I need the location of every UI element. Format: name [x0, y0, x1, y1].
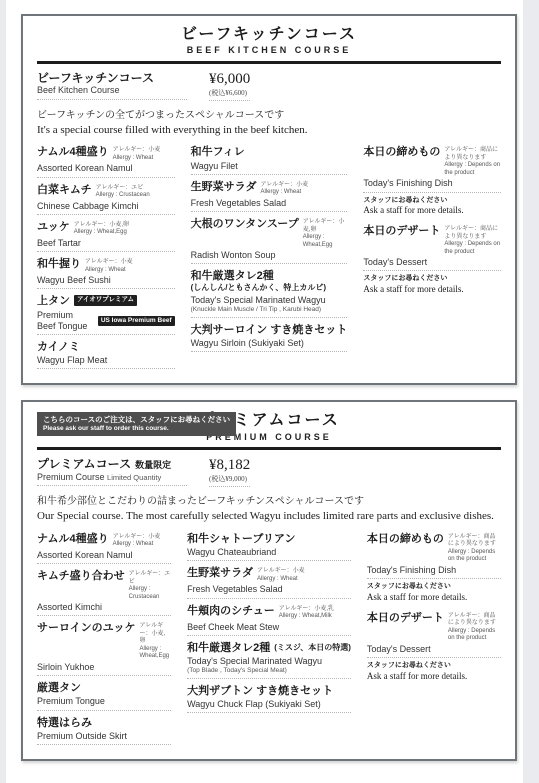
item-name-jp: サーロインのユッケ [37, 622, 135, 635]
allergy-note: アレルギー：商品により異なりますAllergy : Depends on the… [444, 225, 501, 256]
item-sub-jp: (ミスジ、本日の特選) [274, 642, 351, 655]
course-price: ¥8,182 [209, 457, 250, 474]
item-sub-en: (Knuckle Main Muscle / Tri Tip , Karubi … [191, 306, 348, 314]
menu-item: 上タンアイオワプレミアムPremium Beef TongueUS Iowa P… [37, 295, 175, 335]
course-description: 和牛希少部位とこだわりの詰まったビーフキッチンスペシャルコースです Our Sp… [37, 494, 501, 524]
item-name-en: Beef Cheek Meat Stew [187, 622, 279, 633]
menu-item: 牛頬肉のシチューアレルギー：小麦,乳Allergy : Wheat,MilkBe… [187, 605, 351, 636]
course-name-block: ビーフキッチンコース Beef Kitchen Course [37, 71, 187, 100]
beef-kitchen-header: ビーフキッチンコース BEEF KITCHEN COURSE [37, 26, 501, 56]
allergy-note: アレルギー：小麦Allergy : Wheat [113, 146, 161, 162]
item-name-jp: 本日の締めもの [363, 146, 440, 159]
menu-column-3: 本日の締めものアレルギー：商品により異なりますAllergy : Depends… [363, 146, 501, 375]
allergy-note: アレルギー：商品により異なりますAllergy : Depends on the… [448, 612, 501, 643]
menu-item: 和牛厳選タレ2種(ミスジ、本日の特選)Today's Special Marin… [187, 642, 351, 679]
menu-item: 本日のデザートアレルギー：商品により異なりますAllergy : Depends… [367, 612, 501, 683]
menu-column-1: ナムル4種盛りアレルギー：小麦Allergy : WheatAssorted K… [37, 533, 171, 751]
item-name-jp: ナムル4種盛り [37, 533, 109, 546]
menu-item: ユッケアレルギー：小麦,卵Allergy : Wheat,EggBeef Tar… [37, 221, 175, 252]
order-instruction-badge: こちらのコースのご注文は、スタッフにお尋ねください Please ask our… [37, 412, 236, 435]
course-name-en: Premium Course [37, 472, 105, 482]
item-note-en: Ask a staff for more details. [367, 592, 501, 604]
item-name-en: Sirloin Yukhoe [37, 662, 94, 673]
course-name-jp: ビーフキッチンコース [37, 71, 154, 85]
course-title-jp: ビーフキッチンコース [37, 26, 501, 44]
item-name-en: Today's Special Marinated Wagyu [191, 295, 326, 306]
item-name-en: Premium Beef Tongue [37, 310, 94, 333]
course-name-en: Beef Kitchen Course [37, 85, 120, 95]
allergy-note: アレルギー：商品により異なりますAllergy : Depends on the… [448, 533, 501, 564]
item-name-jp: 本日のデザート [367, 612, 444, 625]
item-name-en: Today's Special Marinated Wagyu [187, 656, 322, 667]
menu-item: 大判ザブトン すき焼きセットWagyu Chuck Flap (Sukiyaki… [187, 685, 351, 713]
item-name-jp: 和牛厳選タレ2種 [187, 642, 270, 655]
allergy-note: アレルギー：小麦,卵Allergy : Wheat,Egg [74, 221, 129, 237]
menu-item: ナムル4種盛りアレルギー：小麦Allergy : WheatAssorted K… [37, 146, 175, 177]
course-price-row: ビーフキッチンコース Beef Kitchen Course ¥6,000 (税… [37, 71, 501, 101]
course-name-jp: プレミアムコース [37, 457, 131, 471]
menu-item: 大根のワンタンスープアレルギー：小麦,卵Allergy : Wheat,EggR… [191, 218, 348, 264]
menu-columns: ナムル4種盛りアレルギー：小麦Allergy : WheatAssorted K… [37, 533, 501, 751]
course-description-jp: ビーフキッチンの全てがつまったスペシャルコースです [37, 108, 501, 123]
allergy-note: アレルギー：エビAllergy : Crustacean [96, 184, 150, 200]
menu-item: 特選はらみPremium Outside Skirt [37, 717, 171, 745]
item-name-en: Today's Dessert [367, 644, 431, 655]
item-name-en: Fresh Vegetables Salad [191, 198, 287, 209]
allergy-note: アレルギー：小麦Allergy : Wheat [113, 533, 161, 549]
order-instruction-en: Please ask our staff to order this cours… [43, 425, 230, 433]
item-name-en: Fresh Vegetables Salad [187, 584, 283, 595]
item-name-jp: カイノミ [37, 341, 80, 354]
menu-item: 本日の締めものアレルギー：商品により異なりますAllergy : Depends… [363, 146, 501, 217]
item-note-en: Ask a staff for more details. [363, 284, 501, 296]
item-name-jp: 和牛フィレ [191, 146, 245, 159]
item-note-jp: スタッフにお尋ねください [363, 274, 501, 284]
item-name-en: Wagyu Chuck Flap (Sukiyaki Set) [187, 699, 321, 710]
item-name-jp: 和牛厳選タレ2種 [191, 270, 274, 283]
menu-column-2: 和牛フィレWagyu Filet生野菜サラダアレルギー：小麦Allergy : … [191, 146, 348, 375]
allergy-note: アレルギー：エビAllergy : Crustacean [129, 570, 171, 601]
menu-item: 生野菜サラダアレルギー：小麦Allergy : WheatFresh Veget… [187, 567, 351, 598]
allergy-note: アレルギー：小麦,卵Allergy : Wheat,Egg [139, 622, 171, 661]
menu-column-1: ナムル4種盛りアレルギー：小麦Allergy : WheatAssorted K… [37, 146, 175, 375]
allergy-note: アレルギー：小麦Allergy : Wheat [257, 567, 305, 583]
item-name-jp: 大判サーロイン すき焼きセット [191, 324, 348, 337]
course-description: ビーフキッチンの全てがつまったスペシャルコースです It's a special… [37, 108, 501, 138]
item-name-jp: 和牛握り [37, 258, 81, 271]
course-note-en: Limited Quantity [107, 473, 161, 482]
menu-item: 和牛フィレWagyu Filet [191, 146, 348, 174]
course-price-row: プレミアムコース数量限定 Premium Course Limited Quan… [37, 457, 501, 487]
item-name-jp: 白菜キムチ [37, 184, 92, 197]
menu-item: キムチ盛り合わせアレルギー：エビAllergy : CrustaceanAsso… [37, 570, 171, 616]
item-note: スタッフにお尋ねくださいAsk a staff for more details… [363, 196, 501, 217]
item-name-jp: キムチ盛り合わせ [37, 570, 125, 583]
item-note-jp: スタッフにお尋ねください [363, 196, 501, 206]
item-name-jp: 厳選タン [37, 682, 81, 695]
course-name-block: プレミアムコース数量限定 Premium Course Limited Quan… [37, 457, 187, 486]
item-badge-en: US Iowa Premium Beef [98, 316, 175, 326]
item-name-jp: 生野菜サラダ [187, 567, 253, 580]
item-name-en: Wagyu Flap Meat [37, 355, 107, 366]
item-name-jp: 本日のデザート [363, 225, 440, 238]
beef-kitchen-course-card: ビーフキッチンコース BEEF KITCHEN COURSE ビーフキッチンコー… [21, 14, 517, 385]
item-name-en: Today's Dessert [363, 257, 427, 268]
header-rule [37, 447, 501, 450]
item-name-en: Chinese Cabbage Kimchi [37, 201, 139, 212]
menu-item: 和牛握りアレルギー：小麦Allergy : WheatWagyu Beef Su… [37, 258, 175, 289]
premium-course-card: こちらのコースのご注文は、スタッフにお尋ねください Please ask our… [21, 400, 517, 760]
menu-item: 生野菜サラダアレルギー：小麦Allergy : WheatFresh Veget… [191, 181, 348, 212]
item-name-en: Wagyu Beef Sushi [37, 275, 111, 286]
item-note-en: Ask a staff for more details. [363, 205, 501, 217]
menu-page: ビーフキッチンコース BEEF KITCHEN COURSE ビーフキッチンコー… [6, 0, 523, 783]
item-name-jp: 特選はらみ [37, 717, 92, 730]
item-note-en: Ask a staff for more details. [367, 671, 501, 683]
item-name-en: Beef Tartar [37, 238, 81, 249]
course-description-en: It's a special course filled with everyt… [37, 123, 501, 138]
menu-columns: ナムル4種盛りアレルギー：小麦Allergy : WheatAssorted K… [37, 146, 501, 375]
item-name-jp: 本日の締めもの [367, 533, 444, 546]
menu-column-2: 和牛シャトーブリアンWagyu Chateaubriand生野菜サラダアレルギー… [187, 533, 351, 751]
course-price-block: ¥6,000 (税込¥6,600) [209, 71, 250, 101]
menu-item: 白菜キムチアレルギー：エビAllergy : CrustaceanChinese… [37, 184, 175, 215]
item-note: スタッフにお尋ねくださいAsk a staff for more details… [367, 582, 501, 603]
item-note: スタッフにお尋ねくださいAsk a staff for more details… [367, 661, 501, 682]
course-price: ¥6,000 [209, 71, 250, 88]
item-name-en: Today's Finishing Dish [367, 565, 456, 576]
menu-item: サーロインのユッケアレルギー：小麦,卵Allergy : Wheat,EggSi… [37, 622, 171, 676]
course-price-block: ¥8,182 (税込¥9,000) [209, 457, 250, 487]
item-name-jp: ナムル4種盛り [37, 146, 109, 159]
item-name-jp: 生野菜サラダ [191, 181, 257, 194]
item-name-jp: 和牛シャトーブリアン [187, 533, 295, 546]
item-note-jp: スタッフにお尋ねください [367, 582, 501, 592]
menu-item: 和牛厳選タレ2種(しんしん/ともさんかく、特上カルビ)Today's Speci… [191, 270, 348, 317]
item-name-en: Wagyu Filet [191, 161, 238, 172]
allergy-note: アレルギー：小麦Allergy : Wheat [261, 181, 309, 197]
item-name-en: Premium Outside Skirt [37, 731, 127, 742]
allergy-note: アレルギー：小麦,乳Allergy : Wheat,Milk [279, 605, 334, 621]
course-price-tax: (税込¥9,000) [209, 474, 250, 484]
item-sub-en: (Top Blade , Today's Special Meat) [187, 667, 351, 675]
allergy-note: アレルギー：小麦Allergy : Wheat [85, 258, 133, 274]
course-note-jp: 数量限定 [135, 460, 171, 470]
menu-item: 本日の締めものアレルギー：商品により異なりますAllergy : Depends… [367, 533, 501, 604]
item-name-en: Today's Finishing Dish [363, 178, 452, 189]
item-name-en: Assorted Korean Namul [37, 550, 133, 561]
allergy-note: アレルギー：商品により異なりますAllergy : Depends on the… [444, 146, 501, 177]
course-description-en: Our Special course. The most carefully s… [37, 509, 501, 524]
item-name-jp: 上タン [37, 295, 70, 308]
course-title-en: BEEF KITCHEN COURSE [37, 45, 501, 55]
item-name-en: Premium Tongue [37, 696, 105, 707]
item-name-en: Wagyu Sirloin (Sukiyaki Set) [191, 338, 304, 349]
menu-item: 厳選タンPremium Tongue [37, 682, 171, 710]
menu-item: 大判サーロイン すき焼きセットWagyu Sirloin (Sukiyaki S… [191, 324, 348, 352]
item-note: スタッフにお尋ねくださいAsk a staff for more details… [363, 274, 501, 295]
item-name-en: Wagyu Chateaubriand [187, 547, 276, 558]
item-name-jp: 大根のワンタンスープ [191, 218, 299, 231]
menu-column-3: 本日の締めものアレルギー：商品により異なりますAllergy : Depends… [367, 533, 501, 751]
order-instruction-jp: こちらのコースのご注文は、スタッフにお尋ねください [43, 415, 230, 425]
menu-item: 本日のデザートアレルギー：商品により異なりますAllergy : Depends… [363, 225, 501, 296]
allergy-note: アレルギー：小麦,卵Allergy : Wheat,Egg [303, 218, 348, 249]
item-name-jp: ユッケ [37, 221, 70, 234]
menu-item: カイノミWagyu Flap Meat [37, 341, 175, 369]
item-badge-jp: アイオワプレミアム [74, 295, 137, 305]
item-name-en: Assorted Kimchi [37, 602, 102, 613]
course-description-jp: 和牛希少部位とこだわりの詰まったビーフキッチンスペシャルコースです [37, 494, 501, 509]
menu-item: 和牛シャトーブリアンWagyu Chateaubriand [187, 533, 351, 561]
menu-item: ナムル4種盛りアレルギー：小麦Allergy : WheatAssorted K… [37, 533, 171, 564]
premium-header: こちらのコースのご注文は、スタッフにお尋ねください Please ask our… [37, 412, 501, 442]
item-name-jp: 牛頬肉のシチュー [187, 605, 275, 618]
item-note-jp: スタッフにお尋ねください [367, 661, 501, 671]
item-name-en: Radish Wonton Soup [191, 250, 276, 261]
header-rule [37, 61, 501, 64]
item-sub-jp: (しんしん/ともさんかく、特上カルビ) [191, 283, 348, 293]
course-price-tax: (税込¥6,600) [209, 88, 250, 98]
item-name-jp: 大判ザブトン すき焼きセット [187, 685, 333, 698]
item-name-en: Assorted Korean Namul [37, 163, 133, 174]
